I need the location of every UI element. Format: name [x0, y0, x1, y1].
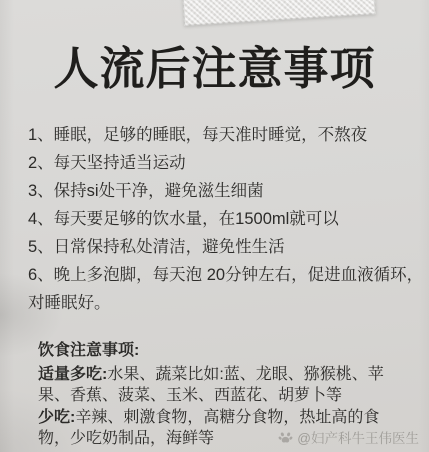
- list-item: 2、每天坚持适当运动: [28, 149, 426, 177]
- list-item: 4、每天要足够的饮水量，在1500ml就可以: [28, 205, 426, 233]
- watermark: @妇产科牛王伟医生: [278, 427, 419, 447]
- eat-more-label: 适量多吃:: [38, 366, 107, 383]
- eat-less-label: 少吃:: [38, 409, 75, 426]
- list-item: 3、保持si处干净，避免滋生细菌: [28, 177, 426, 205]
- list-item: 5、日常保持私处清洁，避免性生活: [28, 233, 426, 261]
- eat-more-line: 适量多吃:水果、蔬菜比如:蓝、龙眼、猕猴桃、苹果、香蕉、菠菜、玉米、西蓝花、胡萝…: [38, 364, 396, 407]
- diet-heading: 饮食注意事项:: [38, 340, 396, 362]
- tape-strip: [182, 0, 376, 26]
- paw-icon: [278, 430, 293, 445]
- care-list: 1、睡眠，足够的睡眠，每天准时睡觉，不熬夜 2、每天坚持适当运动 3、保持si处…: [28, 121, 426, 317]
- list-item: 1、睡眠，足够的睡眠，每天准时睡觉，不熬夜: [28, 121, 426, 149]
- list-item: 6、晚上多泡脚，每天泡 20分钟左右，促进血液循环，对睡眠好。: [28, 261, 426, 317]
- page-title: 人流后注意事项: [0, 32, 429, 97]
- watermark-handle: @妇产科牛王伟医生: [297, 427, 419, 447]
